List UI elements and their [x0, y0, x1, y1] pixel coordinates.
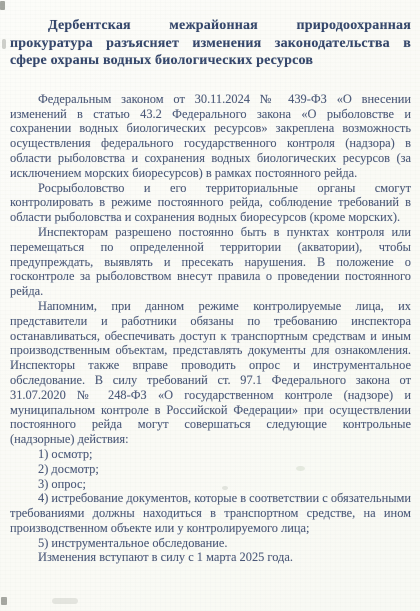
paragraph-inspectors: Инспекторам разрешено постоянно быть в п…: [10, 225, 411, 299]
document-body: Федеральным законом от 30.11.2024 № 439-…: [10, 92, 411, 566]
paragraph-law-248: Напомним, при данном режиме контролируем…: [10, 299, 411, 447]
document-title: Дербентская межрайонная природоохранная …: [10, 17, 411, 70]
paragraph-law-439: Федеральным законом от 30.11.2024 № 439-…: [10, 92, 411, 181]
list-item-opros: 3) опрос;: [10, 477, 411, 492]
list-item-osmotr: 1) осмотр;: [10, 447, 411, 462]
closing-line: Изменения вступают в силу с 1 марта 2025…: [10, 550, 411, 565]
document-page: Дербентская межрайонная природоохранная …: [0, 0, 420, 611]
scan-artifact: [2, 39, 6, 49]
paragraph-rosrybolovstvo: Росрыболовство и его территориальные орг…: [10, 181, 411, 225]
list-item-dosmotr: 2) досмотр;: [10, 462, 411, 477]
scan-artifact: [52, 598, 78, 604]
list-item-instrumentalnoe: 5) инструментальное обследование.: [10, 536, 411, 551]
scan-artifact: [1, 597, 7, 605]
scan-artifact: [0, 1, 5, 10]
list-item-istrebovanie: 4) истребование документов, которые в со…: [10, 491, 411, 535]
